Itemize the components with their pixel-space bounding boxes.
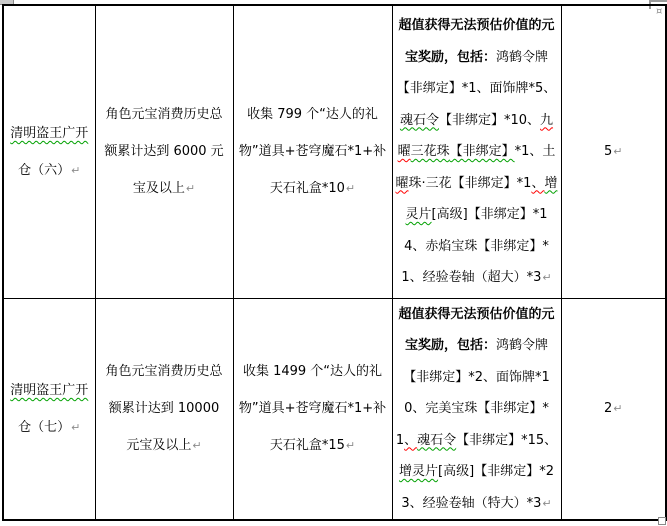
cell-reward-description[interactable]: 超值获得无法预估价值的元宝奖励，包括：鸿鹤令牌【非绑定】*1、面饰牌*5、魂石令…: [392, 5, 561, 298]
table-row: 清明盗王广开仓（七）↵角色元宝消费历史总额累计达到 10000 元宝及以上↵收集…: [3, 298, 666, 520]
text-segment: 增灵片: [399, 464, 438, 479]
table-resize-handle[interactable]: [658, 517, 666, 525]
text-segment: 珠·三花【非绑定】*1: [409, 176, 532, 191]
cell-reward-description[interactable]: 超值获得无法预估价值的元宝奖励，包括：鸿鹤令牌【非绑定】*2、面饰牌*10、完美…: [392, 298, 561, 520]
text-segment: 魂石令: [400, 113, 439, 128]
text-segment: 【非绑定】: [450, 144, 515, 159]
text-segment: 角色元宝消费历史总额累计达到 6000 元宝及以上: [104, 107, 223, 196]
cell-limit-count[interactable]: 5↵: [561, 5, 666, 298]
cell-activity-name[interactable]: 清明盗王广开仓（七）↵: [3, 298, 95, 520]
cell-activity-name[interactable]: 清明盗王广开仓（六）↵: [3, 5, 95, 298]
cell-collect-requirement[interactable]: 收集 799 个“达人的礼物”道具+苍穹魔石*1+补天石礼盒*10↵: [233, 5, 392, 298]
text-segment: 仓（六）: [18, 163, 70, 178]
paragraph-mark: ↵: [541, 497, 551, 510]
cell-consume-condition[interactable]: 角色元宝消费历史总额累计达到 10000 元宝及以上↵: [95, 298, 233, 520]
text-segment: 【非绑定】*15、: [456, 433, 557, 448]
paragraph-mark: ↵: [191, 439, 201, 452]
text-segment: 、: [404, 433, 417, 448]
text-segment: 三花珠: [411, 144, 450, 159]
table-row: 清明盗王广开仓（六）↵角色元宝消费历史总额累计达到 6000 元宝及以上↵收集 …: [3, 5, 666, 298]
rewards-table: 清明盗王广开仓（六）↵角色元宝消费历史总额累计达到 6000 元宝及以上↵收集 …: [2, 4, 667, 521]
paragraph-mark: ↵: [345, 182, 355, 195]
paragraph-mark: ↵: [185, 182, 195, 195]
text-segment: 收集 1499 个“达人的礼物”道具+苍穹魔石*1+补天石礼盒*15: [239, 364, 386, 453]
paragraph-mark: ↵: [70, 421, 80, 434]
text-segment: 【非绑定】*10、: [439, 113, 540, 128]
text-segment: 、: [531, 176, 544, 191]
paragraph-mark: ↵: [541, 271, 551, 284]
text-segment: 魂石令: [417, 433, 456, 448]
cell-consume-condition[interactable]: 角色元宝消费历史总额累计达到 6000 元宝及以上↵: [95, 5, 233, 298]
text-segment: 角色元宝消费历史总额累计达到 10000 元宝及以上: [105, 364, 222, 453]
text-segment: 收集 799 个“达人的礼物”道具+苍穹魔石*1+补天石礼盒*10: [239, 107, 386, 196]
text-segment: 清明盗王广开: [10, 126, 88, 141]
text-segment: 清明盗王广开: [10, 383, 88, 398]
cell-limit-count[interactable]: 2↵: [561, 298, 666, 520]
paragraph-mark: ↵: [612, 145, 622, 158]
paragraph-mark: ↵: [70, 164, 80, 177]
paragraph-mark: ↵: [612, 402, 622, 415]
paragraph-mark: ↵: [345, 439, 355, 452]
text-segment: 仓（七）: [18, 420, 70, 435]
text-segment: 曜: [396, 176, 409, 191]
text-segment: *1、土: [515, 144, 556, 159]
text-segment: 鸿鹤令牌【非绑定】*2、面饰牌*10、完美宝珠【非绑定】*1: [396, 338, 550, 448]
cell-collect-requirement[interactable]: 收集 1499 个“达人的礼物”道具+苍穹魔石*1+补天石礼盒*15↵: [233, 298, 392, 520]
word-document-page: { "decor": { "paragraph_mark": "↵", "end…: [0, 0, 667, 526]
